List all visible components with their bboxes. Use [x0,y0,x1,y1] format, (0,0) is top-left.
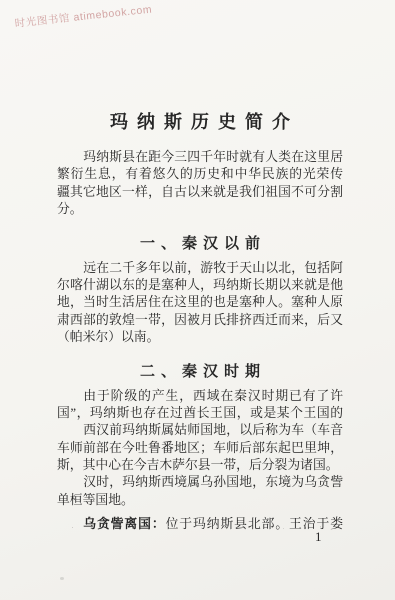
body-line: 西汉前玛纳斯属姑师国地，以后称为车（车音居）师。 [57,422,343,439]
body-line: 由于阶级的产生，西域在秦汉时期已有了许多“城郭诸 [57,388,343,405]
text-column: 玛纳斯历史简介玛纳斯县在距今三四千年时就有人类在这里居住生活、繁衍生息，有着悠久… [57,0,343,534]
section-heading: 二、秦汉时期 [57,362,343,383]
body-line: 繁衍生息，有着悠久的历史和中华民族的光荣传统。它和新 [57,166,343,183]
page-number: 1 [315,529,323,545]
scan-artifact [337,283,339,285]
body-line: 汉时，玛纳斯西境属乌孙国地，东境为乌贪訾离国地和 [57,474,343,491]
bold-term: 乌贪訾离国： [83,517,165,531]
book-page: 时光图书馆 atimebook.com 玛纳斯历史简介玛纳斯县在距今三四千年时就… [0,0,395,600]
body-line: 玛纳斯县在距今三四千年时就有人类在这里居住生活、 [57,149,343,166]
paragraph: 西汉前玛纳斯属姑师国地，以后称为车（车音居）师。车师前部在今吐鲁番地区；车师后部… [57,422,343,474]
section-heading: 一、秦汉以前 [57,234,343,255]
body-line: 尔喀什湖以东的是塞种人，玛纳斯长期以来就是他们的游牧 [57,277,343,294]
scan-artifact [72,527,73,528]
body-line: 乌贪訾离国：位于玛纳斯县北部。王治于娄谷，离长安 [57,516,343,533]
paragraph: 远在二千多年以前，游牧于天山以北，包括阿尔泰到巴尔喀什湖以东的是塞种人，玛纳斯长… [57,260,343,347]
body-line: 肃西部的敦煌一带，因被月氏排挤西迁而来，后又西迁葱岭 [57,312,343,329]
body-line: 分。 [57,201,343,218]
body-line: 地，当时生活居住在这里的也是塞种人。塞种人原游牧于甘 [57,294,343,311]
body-line: 疆其它地区一样，自古以来就是我们祖国不可分割的一部 [57,184,343,201]
body-line: 单桓等国地。 [57,492,343,509]
body-line: （帕米尔）以南。 [57,329,343,346]
body-line: 国”，玛纳斯也存在过酋长王国，或是某个王国的属地。 [57,405,343,422]
paragraph: 由于阶级的产生，西域在秦汉时期已有了许多“城郭诸国”，玛纳斯也存在过酋长王国，或… [57,388,343,423]
paragraph: 汉时，玛纳斯西境属乌孙国地，东境为乌贪訾离国地和单桓等国地。 [57,474,343,509]
paragraph: 玛纳斯县在距今三四千年时就有人类在这里居住生活、繁衍生息，有着悠久的历史和中华民… [57,149,343,219]
body-line: 斯，其中心在今吉木萨尔县一带，后分裂为诸国。 [57,457,343,474]
page-title: 玛纳斯历史简介 [57,110,343,134]
body-line: 远在二千多年以前，游牧于天山以北，包括阿尔泰到巴 [57,260,343,277]
body-line: 车师前部在今吐鲁番地区；车师后部东起巴里坤，西到玛纳 [57,440,343,457]
scan-artifact [60,577,64,580]
paragraph: 乌贪訾离国：位于玛纳斯县北部。王治于娄谷，离长安 [57,516,343,533]
